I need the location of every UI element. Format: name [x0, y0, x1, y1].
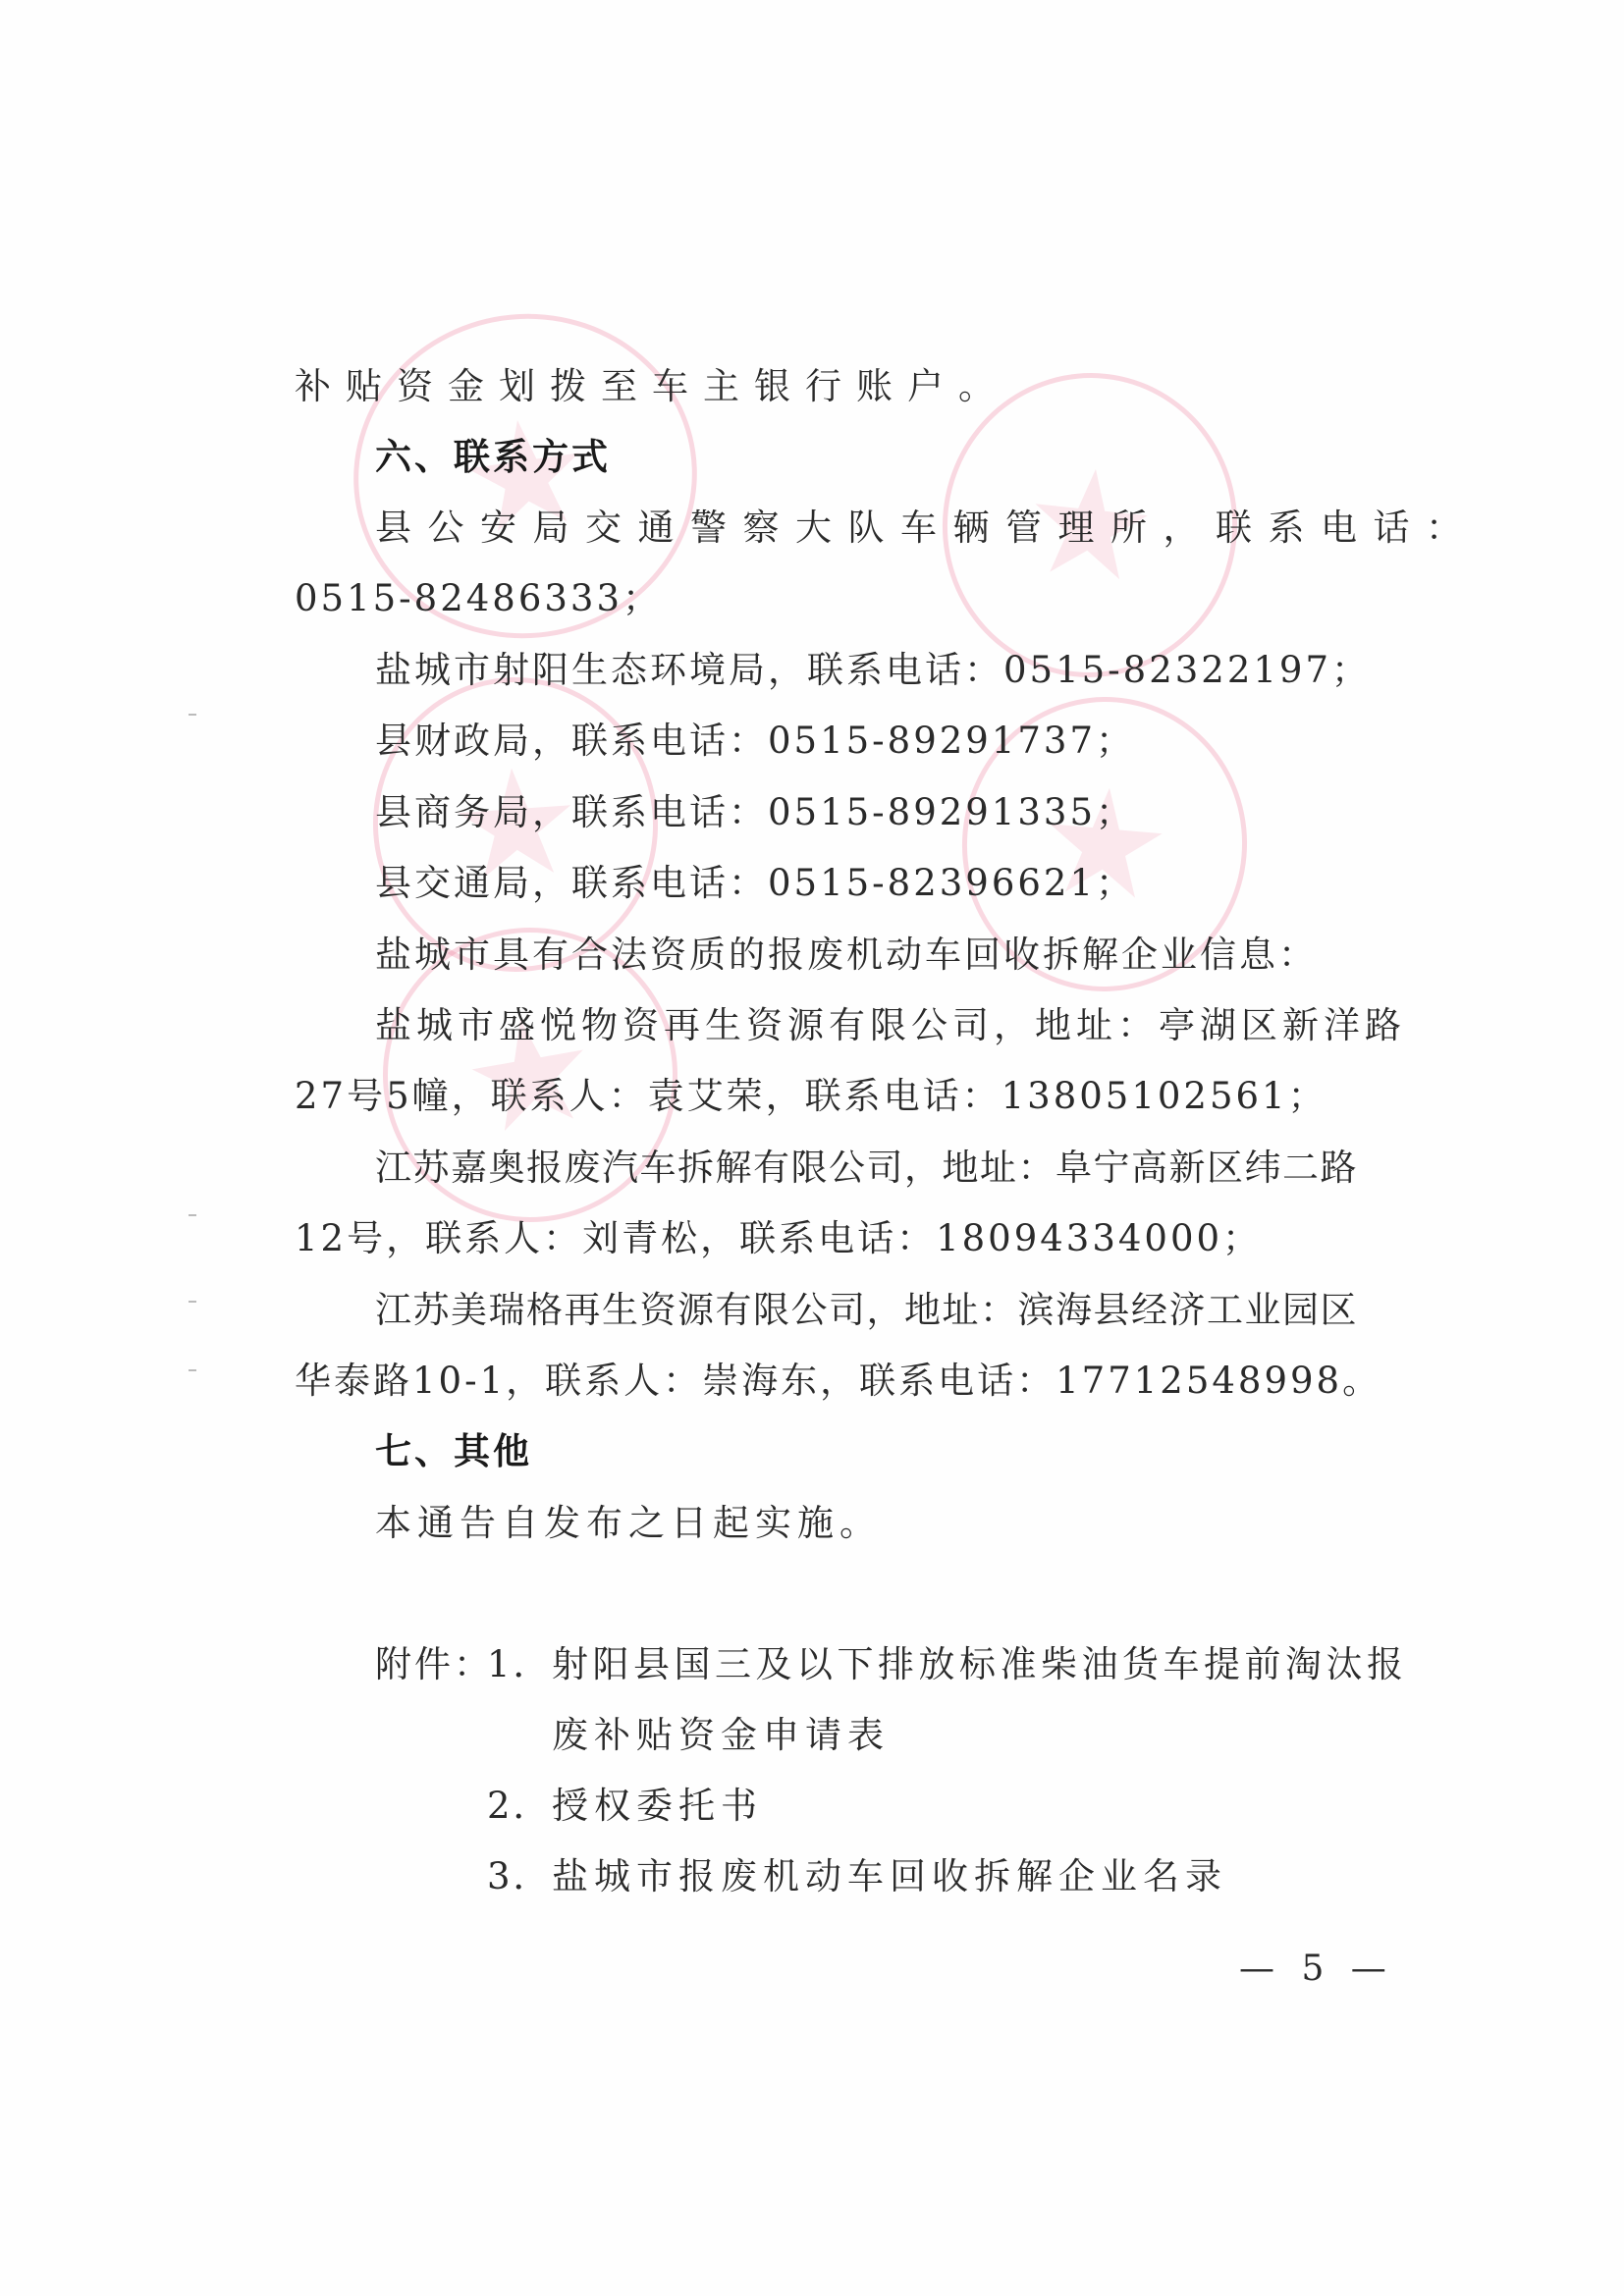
- scan-mark: [189, 1214, 196, 1216]
- attachments-label: 附件：: [375, 1641, 493, 1688]
- attachment-2-number: 2．: [487, 1783, 553, 1830]
- effective-date-statement: 本通告自发布之日起实施。: [375, 1500, 882, 1547]
- scan-mark: [189, 714, 196, 716]
- contact-finance-bureau: 县财政局，联系电话：0515-89291737；: [375, 718, 1135, 765]
- enterprise-1-line-1: 盐城市盛悦物资再生资源有限公司，地址：亭湖区新洋路: [375, 1002, 1406, 1049]
- attachment-3-number: 3．: [487, 1853, 553, 1900]
- attachment-1-title-cont[interactable]: 废补贴资金申请表: [552, 1712, 890, 1759]
- enterprise-1-line-2: 27号5幢，联系人：袁艾荣，联系电话：13805102561；: [295, 1073, 1327, 1120]
- page-number: — 5 —: [1239, 1949, 1394, 1989]
- section-heading-contact: 六、联系方式: [375, 434, 611, 481]
- enterprise-3-line-2: 华泰路10-1，联系人：崇海东，联系电话：17712548998。: [295, 1358, 1381, 1405]
- scan-mark: [189, 1369, 196, 1371]
- contact-transport-bureau: 县交通局，联系电话：0515-82396621；: [375, 860, 1135, 907]
- scan-mark: [189, 1301, 196, 1303]
- enterprise-info-intro: 盐城市具有合法资质的报废机动车回收拆解企业信息：: [375, 932, 1318, 979]
- contact-commerce-bureau: 县商务局，联系电话：0515-89291335；: [375, 789, 1135, 836]
- contact-environment-bureau: 盐城市射阳生态环境局，联系电话：0515-82322197；: [375, 647, 1371, 694]
- section-heading-other: 七、其他: [375, 1428, 532, 1475]
- document-page: ★ ★ ★ ★ ★ 补贴资金划拨至车主银行账户。 六、联系方式 县公安局交通警察…: [0, 0, 1624, 2296]
- enterprise-2-line-1: 江苏嘉奥报废汽车拆解有限公司，地址：阜宁高新区纬二路: [375, 1145, 1358, 1192]
- contact-traffic-police-phone: 0515-82486333；: [295, 575, 662, 622]
- paragraph-continuation: 补贴资金划拨至车主银行账户。: [295, 363, 1009, 410]
- contact-traffic-police: 县公安局交通警察大队车辆管理所，联系电话：: [375, 505, 1479, 552]
- enterprise-3-line-1: 江苏美瑞格再生资源有限公司，地址：滨海县经济工业园区: [375, 1287, 1358, 1334]
- attachment-2-title[interactable]: 授权委托书: [552, 1783, 763, 1830]
- attachment-1-title[interactable]: 射阳县国三及以下排放标准柴油货车提前淘汰报: [552, 1641, 1408, 1688]
- attachment-3-title[interactable]: 盐城市报废机动车回收拆解企业名录: [552, 1853, 1227, 1900]
- enterprise-2-line-2: 12号，联系人：刘青松，联系电话：18094334000；: [295, 1215, 1262, 1262]
- attachment-1-number: 1．: [487, 1641, 553, 1688]
